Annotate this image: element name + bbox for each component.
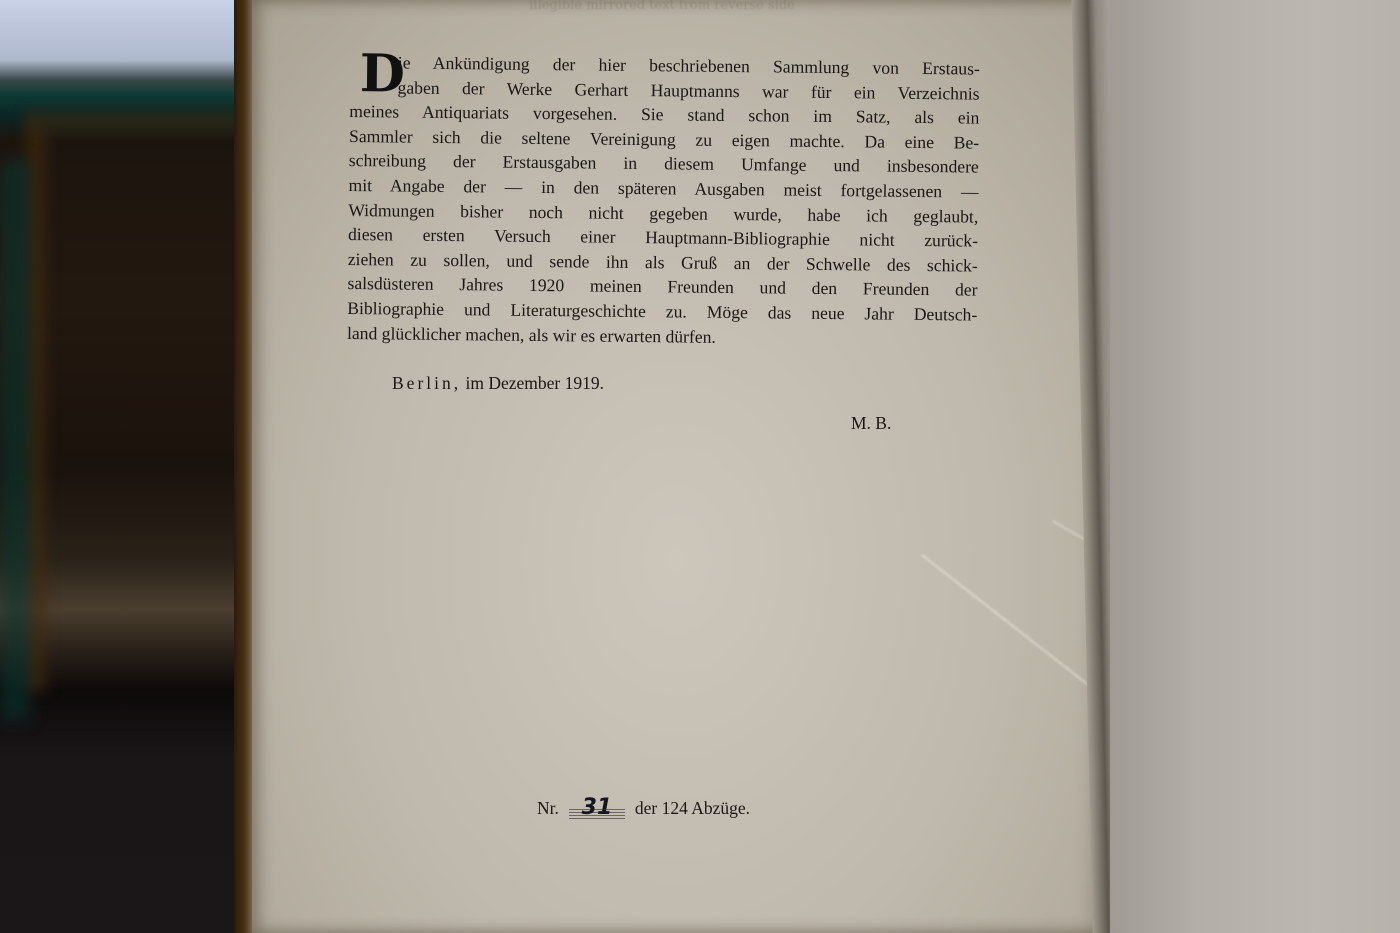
signature-initials: M. B.	[851, 413, 891, 434]
edition-prefix: Nr.	[537, 798, 559, 819]
edition-suffix: der 124 Abzüge.	[635, 798, 750, 819]
dateline-date: im Dezember 1919.	[466, 373, 605, 393]
edition-number-line: Nr. 31 der 124 Abzüge.	[537, 795, 750, 820]
bleed-through-text: illegible mirrored text from reverse sid…	[372, 0, 952, 48]
dateline: Berlin, im Dezember 1919.	[392, 373, 604, 394]
dateline-city: Berlin,	[392, 373, 461, 393]
drop-cap: D	[360, 52, 406, 96]
preface-paragraph: D ie Ankündigung der hier beschriebenen …	[347, 50, 980, 352]
book-page-right	[1110, 0, 1400, 933]
handwritten-copy-number: 31	[567, 795, 627, 820]
blurred-background	[0, 0, 262, 933]
